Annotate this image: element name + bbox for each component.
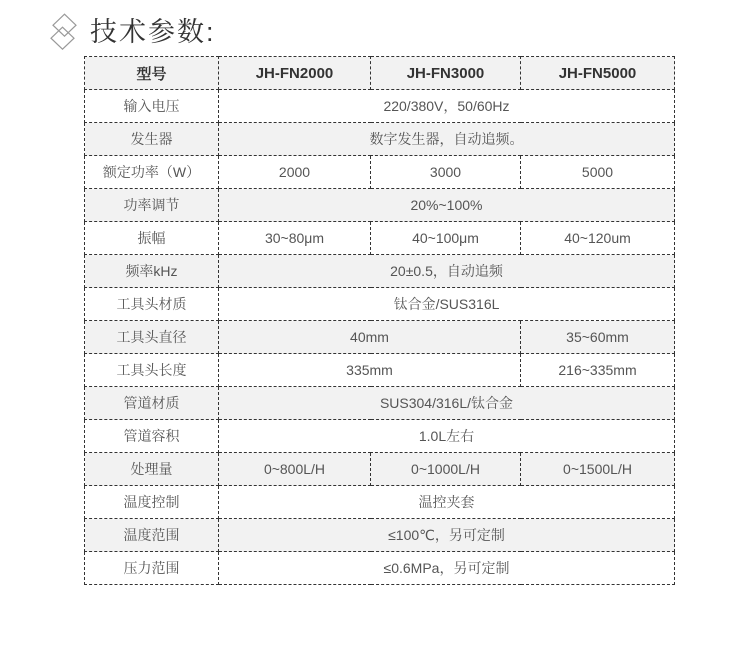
header-model-label: 型号 — [85, 57, 219, 90]
table-row-pressure-range: 压力范围 ≤0.6MPa，另可定制 — [85, 552, 675, 585]
section-header: 技术参数: — [47, 13, 216, 51]
row-value: 20±0.5，自动追频 — [219, 255, 675, 288]
row-label: 工具头直径 — [85, 321, 219, 354]
row-label: 工具头长度 — [85, 354, 219, 387]
row-value: ≤0.6MPa，另可定制 — [219, 552, 675, 585]
row-label: 工具头材质 — [85, 288, 219, 321]
header-model-jh-fn5000: JH-FN5000 — [521, 57, 675, 90]
row-value: 数字发生器，自动追频。 — [219, 123, 675, 156]
table-row-generator: 发生器 数字发生器，自动追频。 — [85, 123, 675, 156]
row-value: 216~335mm — [521, 354, 675, 387]
row-value: 钛合金/SUS316L — [219, 288, 675, 321]
row-value: 40~120um — [521, 222, 675, 255]
row-label: 温度控制 — [85, 486, 219, 519]
table-row-rated-power: 额定功率（W） 2000 3000 5000 — [85, 156, 675, 189]
row-value: 2000 — [219, 156, 371, 189]
row-value: 35~60mm — [521, 321, 675, 354]
row-value: 5000 — [521, 156, 675, 189]
header-model-jh-fn2000: JH-FN2000 — [219, 57, 371, 90]
row-value: 0~800L/H — [219, 453, 371, 486]
table-row-toolhead-diameter: 工具头直径 40mm 35~60mm — [85, 321, 675, 354]
row-label: 管道材质 — [85, 387, 219, 420]
row-label: 温度范围 — [85, 519, 219, 552]
row-value: 3000 — [371, 156, 521, 189]
table-row-temp-control: 温度控制 温控夹套 — [85, 486, 675, 519]
row-value: SUS304/316L/钛合金 — [219, 387, 675, 420]
row-label: 额定功率（W） — [85, 156, 219, 189]
row-value: 30~80μm — [219, 222, 371, 255]
table-row-pipe-material: 管道材质 SUS304/316L/钛合金 — [85, 387, 675, 420]
row-value: 0~1500L/H — [521, 453, 675, 486]
page-title: 技术参数: — [90, 16, 216, 48]
table-row-pipe-volume: 管道容积 1.0L左右 — [85, 420, 675, 453]
technical-parameters-page: 技术参数: 型号 JH-FN2000 JH-FN3000 JH-FN5000 输… — [0, 0, 750, 662]
header-model-jh-fn3000: JH-FN3000 — [371, 57, 521, 90]
table-row-power-adjust: 功率调节 20%~100% — [85, 189, 675, 222]
table-row-toolhead-material: 工具头材质 钛合金/SUS316L — [85, 288, 675, 321]
table-header-row: 型号 JH-FN2000 JH-FN3000 JH-FN5000 — [85, 57, 675, 90]
row-value: 220/380V，50/60Hz — [219, 90, 675, 123]
row-label: 输入电压 — [85, 90, 219, 123]
row-value: 40mm — [219, 321, 521, 354]
table-row-input-voltage: 输入电压 220/380V，50/60Hz — [85, 90, 675, 123]
table-row-frequency: 频率kHz 20±0.5，自动追频 — [85, 255, 675, 288]
table-row-amplitude: 振幅 30~80μm 40~100μm 40~120um — [85, 222, 675, 255]
layers-diamond-icon — [47, 13, 81, 51]
row-label: 频率kHz — [85, 255, 219, 288]
row-label: 管道容积 — [85, 420, 219, 453]
row-value: ≤100℃，另可定制 — [219, 519, 675, 552]
table-row-toolhead-length: 工具头长度 335mm 216~335mm — [85, 354, 675, 387]
row-value: 40~100μm — [371, 222, 521, 255]
row-value: 温控夹套 — [219, 486, 675, 519]
table-row-throughput: 处理量 0~800L/H 0~1000L/H 0~1500L/H — [85, 453, 675, 486]
row-value: 1.0L左右 — [219, 420, 675, 453]
row-label: 功率调节 — [85, 189, 219, 222]
table-row-temp-range: 温度范围 ≤100℃，另可定制 — [85, 519, 675, 552]
row-value: 0~1000L/H — [371, 453, 521, 486]
spec-table: 型号 JH-FN2000 JH-FN3000 JH-FN5000 输入电压 22… — [84, 56, 675, 585]
row-label: 处理量 — [85, 453, 219, 486]
row-label: 压力范围 — [85, 552, 219, 585]
row-label: 振幅 — [85, 222, 219, 255]
row-label: 发生器 — [85, 123, 219, 156]
row-value: 335mm — [219, 354, 521, 387]
row-value: 20%~100% — [219, 189, 675, 222]
